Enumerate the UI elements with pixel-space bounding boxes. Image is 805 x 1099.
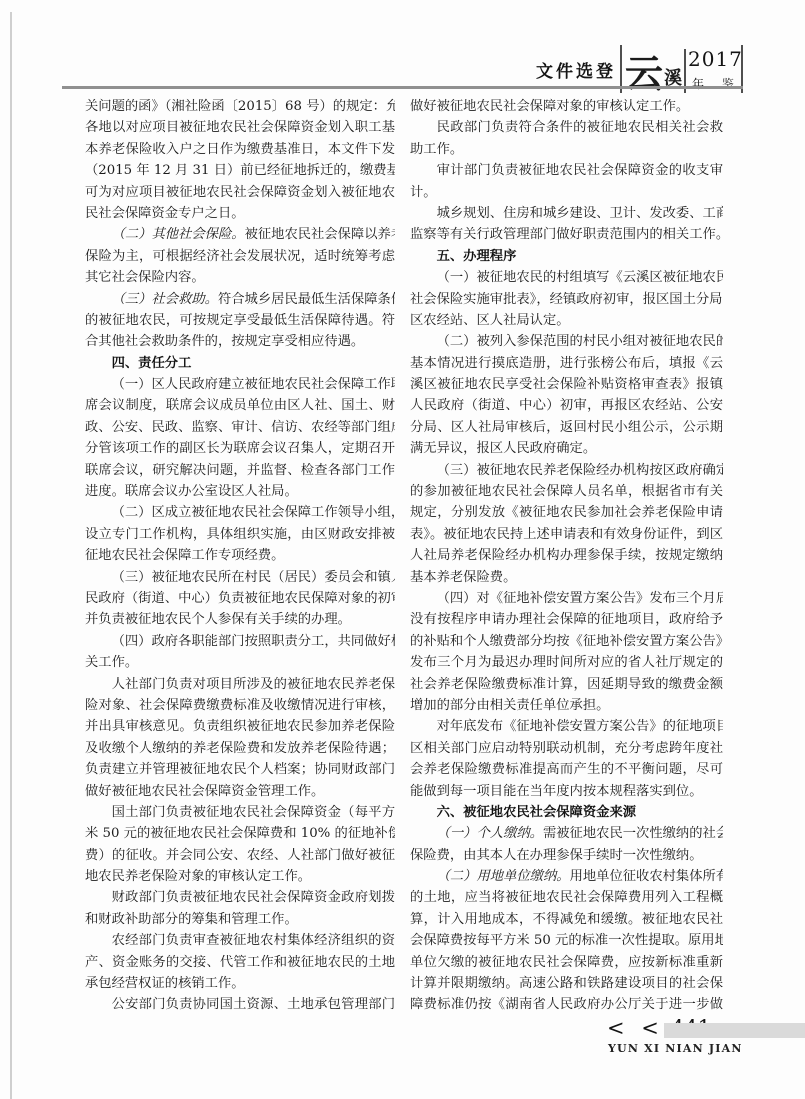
- text-line: 能做到每一项目能在当年度内按本规程落实到位。: [410, 781, 723, 802]
- text-line: 国土部门负责被征地农民社会保障资金（每平方: [85, 802, 395, 823]
- text-line: （二）其他社会保险。被征地农民社会保障以养老: [85, 224, 395, 245]
- text-line: 并出具审核意见。负责组织被征地农民参加养老保险: [85, 716, 395, 737]
- text-line: 社会养老保险缴费标准计算，因延期导致的缴费金额: [410, 674, 723, 695]
- text-line: 并负责被征地农民个人参保有关手续的办理。: [85, 609, 395, 630]
- emphasized-lead-in: （三）社会救助。: [112, 292, 218, 307]
- header-rule: [62, 86, 743, 89]
- text-line: （二）区成立被征地农民社会保障工作领导小组，: [85, 502, 395, 523]
- section-heading: 四、责任分工: [85, 353, 395, 374]
- text-line: 会养老保险缴费标准提高而产生的不平衡问题，尽可: [410, 759, 723, 780]
- text-line: 公安部门负责协同国土资源、土地承包管理部门: [85, 994, 395, 1015]
- text-line: 关工作。: [85, 652, 395, 673]
- emphasized-lead-in: （二）用地单位缴纳。: [437, 869, 570, 884]
- text-line: 其它社会保险内容。: [85, 267, 395, 288]
- text-line: 和财政补助部分的筹集和管理工作。: [85, 909, 395, 930]
- section-title: 文件选登: [536, 57, 616, 82]
- section-heading: 五、办理程序: [410, 246, 723, 267]
- text-line: 对年底发布《征地补偿安置方案公告》的征地项目，: [410, 716, 723, 737]
- text-line: （三）社会救助。符合城乡居民最低生活保障条件: [85, 289, 395, 310]
- text-line: 合其他社会救助条件的，按规定享受相应待遇。: [85, 331, 395, 352]
- text-line: 计。: [410, 182, 723, 203]
- text-line: 民社会保障资金专户之日。: [85, 203, 395, 224]
- text-line: 关问题的函》（湘社险函〔2015〕68 号）的规定：允许: [85, 96, 395, 117]
- section-heading: 六、被征地农民社会保障资金来源: [410, 802, 723, 823]
- text-line: 区农经站、区人社局认定。: [410, 310, 723, 331]
- yearbook-label: 年 鉴: [688, 75, 739, 92]
- text-line: 费）的征收。并会同公安、农经、人社部门做好被征: [85, 845, 395, 866]
- text-line: 计算并限期缴纳。高速公路和铁路建设项目的社会保: [410, 973, 723, 994]
- text-line: 发布三个月为最迟办理时间所对应的省人社厅规定的: [410, 652, 723, 673]
- text-line: 基本情况进行摸底造册，进行张榜公布后，填报《云: [410, 353, 723, 374]
- text-line: 地农民养老保险对象的审核认定工作。: [85, 866, 395, 887]
- text-line: 障费标准仍按《湖南省人民政府办公厅关于进一步做: [410, 994, 723, 1015]
- text-line: 助工作。: [410, 139, 723, 160]
- text-line: 审计部门负责被征地农民社会保障资金的收支审: [410, 160, 723, 181]
- text-line: 会保障费按每平方米 50 元的标准一次性提取。原用地: [410, 930, 723, 951]
- text-line: 人民政府（街道、中心）初审，再报区农经站、公安: [410, 395, 723, 416]
- text-line: 承包经营权证的核销工作。: [85, 973, 395, 994]
- text-line: 本养老保险收入户之日作为缴费基准日，本文件下发: [85, 139, 395, 160]
- text-line: 民政府（街道、中心）负责被征地农民保障对象的初审，: [85, 588, 395, 609]
- text-line: 设立专门工作机构，具体组织实施，由区财政安排被: [85, 524, 395, 545]
- text-line: 单位欠缴的被征地农民社会保障费，应按新标准重新: [410, 952, 723, 973]
- text-line: （一）区人民政府建立被征地农民社会保障工作联: [85, 374, 395, 395]
- text-line: 溪区被征地农民享受社会保险补贴资格审查表》报镇: [410, 374, 723, 395]
- text-line: 基本养老保险费。: [410, 567, 723, 588]
- text-line: 产、资金账务的交接、代管工作和被征地农民的土地: [85, 952, 395, 973]
- text-line: （二）被列入参保范围的村民小组对被征地农民的: [410, 331, 723, 352]
- text-line: 满无异议，报区人民政府确定。: [410, 438, 723, 459]
- text-line: 保险费，由其本人在办理参保手续时一次性缴纳。: [410, 845, 723, 866]
- text-line: （三）被征地农民所在村民（居民）委员会和镇人: [85, 567, 395, 588]
- text-line: 农经部门负责审查被征地农村集体经济组织的资: [85, 930, 395, 951]
- text-line: 人社部门负责对项目所涉及的被征地农民养老保: [85, 674, 395, 695]
- text-line: （四）对《征地补偿安置方案公告》发布三个月后: [410, 588, 723, 609]
- text-line: 的参加被征地农民社会保障人员名单，根据省市有关: [410, 481, 723, 502]
- text-line: （一）被征地农民的村组填写《云溪区被征地农民: [410, 267, 723, 288]
- text-line: 的补贴和个人缴费部分均按《征地补偿安置方案公告》: [410, 631, 723, 652]
- text-line: 做好被征地农民社会保障对象的审核认定工作。: [410, 96, 723, 117]
- text-line: 增加的部分由相关责任单位承担。: [410, 695, 723, 716]
- left-column: 关问题的函》（湘社险函〔2015〕68 号）的规定：允许各地以对应项目被征地农民…: [85, 96, 395, 1016]
- text-line: 社会保险实施审批表》，经镇政府初审，报区国土分局、: [410, 289, 723, 310]
- text-line: 席会议制度，联席会议成员单位由区人社、国土、财: [85, 395, 395, 416]
- text-line: 城乡规划、住房和城乡建设、卫计、发改委、工商、: [410, 203, 723, 224]
- text-line: 规定，分别发放《被征地农民参加社会养老保险申请: [410, 502, 723, 523]
- text-line: 政、公安、民政、监察、审计、信访、农经等部门组成。: [85, 417, 395, 438]
- text-line: 没有按程序申请办理社会保障的征地项目，政府给予: [410, 609, 723, 630]
- text-line: 监察等有关行政管理部门做好职责范围内的相关工作。: [410, 224, 723, 245]
- text-line: 负责建立并管理被征地农民个人档案；协同财政部门: [85, 759, 395, 780]
- text-line: 征地农民社会保障工作专项经费。: [85, 545, 395, 566]
- text-line: （一）个人缴纳。需被征地农民一次性缴纳的社会: [410, 823, 723, 844]
- text-line: 进度。联席会议办公室设区人社局。: [85, 481, 395, 502]
- text-line: 区相关部门应启动特别联动机制，充分考虑跨年度社: [410, 738, 723, 759]
- text-line: 民政部门负责符合条件的被征地农民相关社会救: [410, 117, 723, 138]
- text-line: （2015 年 12 月 31 日）前已经征地拆迁的，缴费基准日: [85, 160, 395, 181]
- text-line: 的土地，应当将被征地农民社会保障费用列入工程概: [410, 887, 723, 908]
- emphasized-lead-in: （二）其他社会保险。: [112, 227, 245, 242]
- text-line: （二）用地单位缴纳。用地单位征收农村集体所有: [410, 866, 723, 887]
- right-column: 做好被征地农民社会保障对象的审核认定工作。民政部门负责符合条件的被征地农民相关社…: [410, 96, 723, 1016]
- text-line: （四）政府各职能部门按照职责分工，共同做好相: [85, 631, 395, 652]
- yearbook-romanization: YUN XI NIAN JIAN: [608, 1042, 743, 1055]
- footer-bar: [664, 1023, 805, 1038]
- text-line: 及收缴个人缴纳的养老保险费和发放养老保险待遇；: [85, 738, 395, 759]
- text-line: （三）被征地农民养老保险经办机构按区政府确定: [410, 460, 723, 481]
- text-line: 人社局养老保险经办机构办理参保手续，按规定缴纳: [410, 545, 723, 566]
- page-edge-line: [10, 12, 12, 1099]
- document-page: 文件选登 云溪 2017 年 鉴 关问题的函》（湘社险函〔2015〕68 号）的…: [0, 0, 805, 1099]
- emphasized-lead-in: （一）个人缴纳。: [437, 826, 543, 841]
- text-line: 米 50 元的被征地农民社会保障费和 10% 的征地补偿: [85, 823, 395, 844]
- text-line: 财政部门负责被征地农民社会保障资金政府划拨: [85, 887, 395, 908]
- text-line: 算，计入用地成本，不得减免和缓缴。被征地农民社: [410, 909, 723, 930]
- text-line: 可为对应项目被征地农民社会保障资金划入被征地农: [85, 182, 395, 203]
- text-line: 分管该项工作的副区长为联席会议召集人，定期召开: [85, 438, 395, 459]
- text-line: 的被征地农民，可按规定享受最低生活保障待遇。符: [85, 310, 395, 331]
- text-line: 表》。被征地农民持上述申请表和有效身份证件，到区: [410, 524, 723, 545]
- page-marker: < <: [607, 1016, 664, 1040]
- text-line: 做好被征地农民社会保障资金管理工作。: [85, 781, 395, 802]
- text-line: 各地以对应项目被征地农民社会保障资金划入职工基: [85, 117, 395, 138]
- yearbook-year: 2017: [688, 47, 739, 71]
- text-line: 分局、区人社局审核后，返回村民小组公示，公示期: [410, 417, 723, 438]
- text-line: 险对象、社会保障费缴费标准及收缴情况进行审核，: [85, 695, 395, 716]
- text-line: 保险为主，可根据经济社会发展状况，适时统筹考虑: [85, 246, 395, 267]
- text-line: 联席会议，研究解决问题，并监督、检查各部门工作: [85, 460, 395, 481]
